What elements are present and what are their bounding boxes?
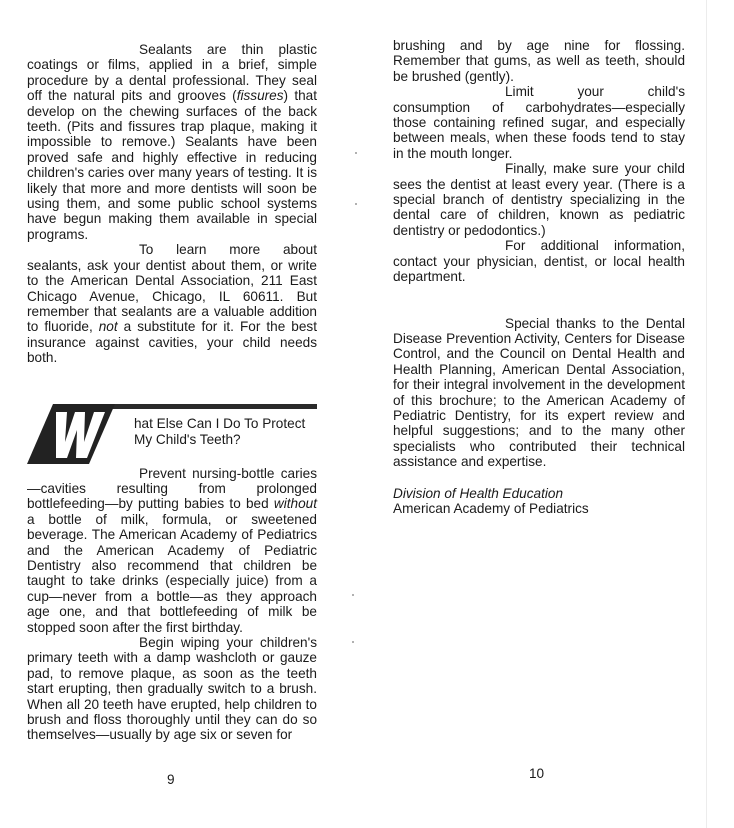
- signature-block: Division of Health Education American Ac…: [393, 486, 685, 517]
- scan-speck: [352, 641, 354, 643]
- section-heading: hat Else Can I Do To Protect My Child's …: [27, 400, 317, 466]
- carbohydrates-paragraph: Limit your child's consumption of carboh…: [393, 84, 685, 161]
- emphasis-text: fissures: [237, 88, 284, 103]
- sealants-paragraph: Sealants are thin plastic coatings or fi…: [27, 42, 317, 242]
- text-run: Begin wiping your children's primary tee…: [27, 635, 317, 742]
- heading-text: hat Else Can I Do To Protect My Child's …: [134, 416, 305, 448]
- right-page-column: brushing and by age nine for flossing. R…: [393, 38, 685, 516]
- emphasis-text: without: [274, 496, 317, 511]
- wiping-teeth-paragraph: Begin wiping your children's primary tee…: [27, 635, 317, 743]
- text-run: ) that develop on the chewing surfaces o…: [27, 88, 317, 242]
- continuation-paragraph: brushing and by age nine for flossing. R…: [393, 38, 685, 84]
- learn-more-paragraph: To learn more about sealants, ask your d…: [27, 242, 317, 365]
- page-fold-edge: [706, 0, 707, 828]
- emphasis-text: not: [99, 319, 118, 334]
- dropcap-w-icon: [27, 404, 115, 464]
- page-number-left: 9: [167, 772, 175, 787]
- left-page-column: Sealants are thin plastic coatings or fi…: [27, 42, 317, 743]
- additional-info-paragraph: For additional information, contact your…: [393, 238, 685, 284]
- division-name: Division of Health Education: [393, 486, 685, 501]
- scan-speck: [352, 594, 354, 596]
- dentist-visit-paragraph: Finally, make sure your child sees the d…: [393, 161, 685, 238]
- heading-line-2: My Child's Teeth?: [134, 432, 305, 448]
- organization-name: American Academy of Pediatrics: [393, 501, 685, 516]
- scan-speck: [355, 152, 357, 154]
- acknowledgment-paragraph: Special thanks to the Dental Disease Pre…: [393, 316, 685, 470]
- spacer: [393, 285, 685, 316]
- heading-line-1: hat Else Can I Do To Protect: [134, 416, 305, 432]
- text-run: a bottle of milk, formula, or sweetened …: [27, 512, 317, 635]
- scan-speck: [355, 203, 357, 205]
- page-number-right: 10: [529, 766, 544, 781]
- nursing-bottle-paragraph: Prevent nursing-bottle caries —cavities …: [27, 466, 317, 635]
